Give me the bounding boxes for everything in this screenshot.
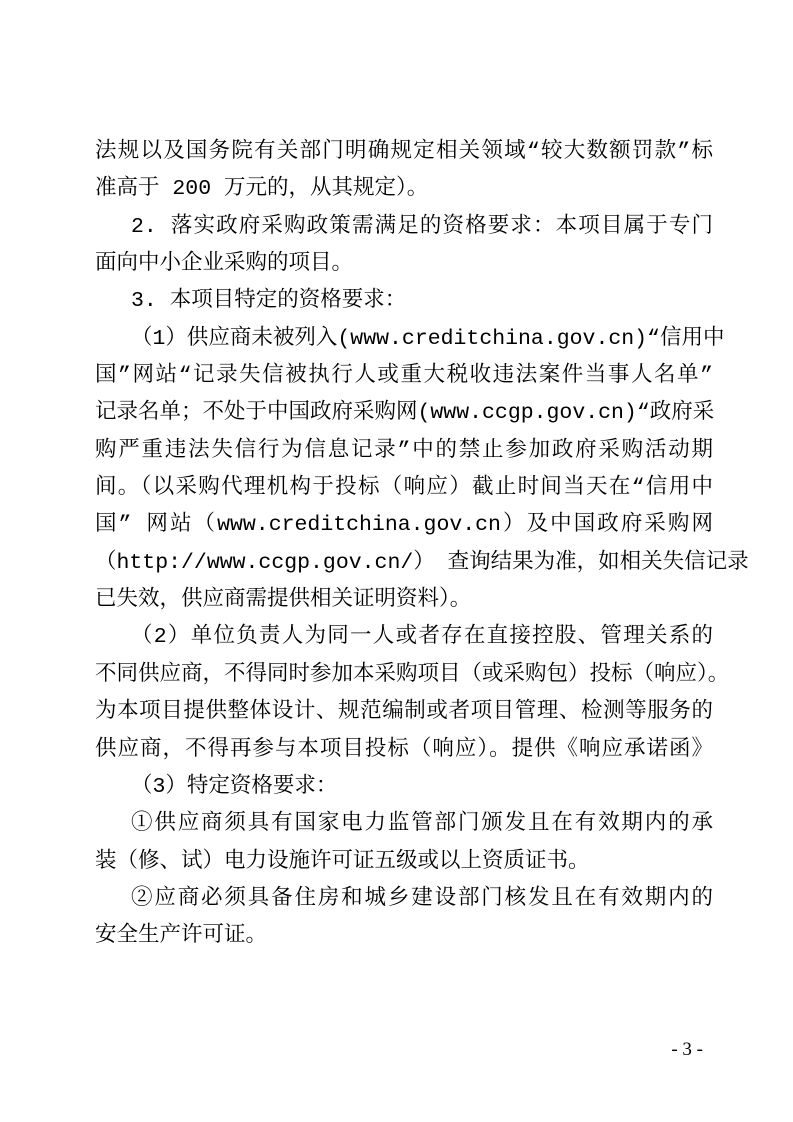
text-line: （1）供应商未被列入(www.creditchina.gov.cn)“信用中 [95,321,713,358]
text-line: （http://www.ccgp.gov.cn/） 查询结果为准，如相关失信记录 [95,545,713,582]
text-line: （2）单位负责人为同一人或者存在直接控股、管理关系的 [95,619,713,656]
paragraph: 3. 本项目特定的资格要求： [95,283,713,320]
text-line: （3）特定资格要求： [95,769,713,806]
page-number: - 3 - [0,1038,703,1062]
text-line: 间。（以采购代理机构于投标（响应）截止时间当天在“信用中 [95,470,713,507]
text-line: 国” 网站（www.creditchina.gov.cn）及中国政府采购网 [95,507,713,544]
text-line: 国”网站“记录失信被执行人或重大税收违法案件当事人名单” [95,358,713,395]
text-line: 法规以及国务院有关部门明确规定相关领域“较大数额罚款”标 [95,134,713,171]
paragraph: 2. 落实政府采购政策需满足的资格要求：本项目属于专门 面向中小企业采购的项目。 [95,209,713,284]
text-line: 为本项目提供整体设计、规范编制或者项目管理、检测等服务的 [95,694,713,731]
text-line: 供应商，不得再参与本项目投标（响应）。提供《响应承诺函》 [95,732,713,769]
paragraph: ②应商必须具备住房和城乡建设部门核发且在有效期内的 安全生产许可证。 [95,881,713,956]
text-line: ①供应商须具有国家电力监管部门颁发且在有效期内的承 [95,806,713,843]
paragraph: ①供应商须具有国家电力监管部门颁发且在有效期内的承 装（修、试）电力设施许可证五… [95,806,713,881]
text-line: 已失效，供应商需提供相关证明资料）。 [95,582,713,619]
text-line: 装（修、试）电力设施许可证五级或以上资质证书。 [95,844,713,881]
text-line: 3. 本项目特定的资格要求： [95,283,713,320]
text-line: 面向中小企业采购的项目。 [95,246,713,283]
paragraph: （3）特定资格要求： [95,769,713,806]
text-line: 2. 落实政府采购政策需满足的资格要求：本项目属于专门 [95,209,713,246]
text-line: 安全生产许可证。 [95,918,713,955]
text-line: 准高于 200 万元的，从其规定）。 [95,171,713,208]
paragraph: （2）单位负责人为同一人或者存在直接控股、管理关系的 不同供应商，不得同时参加本… [95,619,713,768]
text-line: ②应商必须具备住房和城乡建设部门核发且在有效期内的 [95,881,713,918]
text-line: 不同供应商，不得同时参加本采购项目（或采购包）投标（响应）。 [95,657,713,694]
text-line: 记录名单；不处于中国政府采购网(www.ccgp.gov.cn)“政府采 [95,395,713,432]
document-body: 法规以及国务院有关部门明确规定相关领域“较大数额罚款”标 准高于 200 万元的… [95,134,713,956]
document-page: 法规以及国务院有关部门明确规定相关领域“较大数额罚款”标 准高于 200 万元的… [0,0,793,1122]
paragraph: （1）供应商未被列入(www.creditchina.gov.cn)“信用中 国… [95,321,713,620]
paragraph: 法规以及国务院有关部门明确规定相关领域“较大数额罚款”标 准高于 200 万元的… [95,134,713,209]
text-line: 购严重违法失信行为信息记录”中的禁止参加政府采购活动期 [95,433,713,470]
